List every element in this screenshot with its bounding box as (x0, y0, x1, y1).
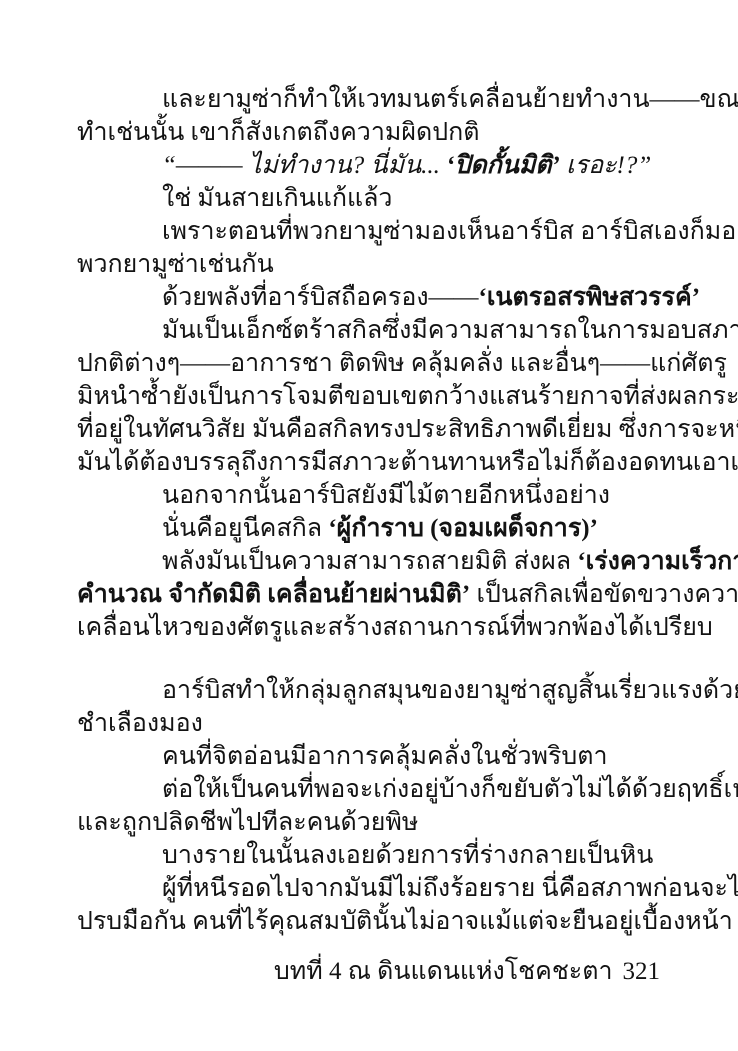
book-page: และยามูซ่าก็ทำให้เวทมนตร์เคลื่อนย้ายทำงา… (0, 0, 738, 1051)
text-line: มิหนำซ้ำยังเป็นการโจมตีขอบเขตกว้างแสนร้า… (77, 380, 660, 413)
narration-text: นั่นคือยูนีคสกิล (162, 515, 328, 542)
text-line: อาร์บิสทำให้กลุ่มลูกสมุนของยามูซ่าสูญสิ้… (77, 674, 660, 707)
text-line: ต่อให้เป็นคนที่พอจะเก่งอยู่บ้างก็ขยับตัว… (77, 773, 660, 806)
skill-name-bold: ‘ผู้กำราบ (จอมเผด็จการ)’ (328, 515, 598, 542)
skill-name-bold: คำนวณ จำกัดมิติ เคลื่อนย้ายผ่านมิติ’ (77, 581, 470, 608)
text-line: พลังมันเป็นความสามารถสายมิติ ส่งผล ‘เร่ง… (77, 545, 660, 578)
text-line: ทำเช่นนั้น เขาก็สังเกตถึงความผิดปกติ (77, 116, 660, 149)
dialogue-text: เรอะ!?” (560, 152, 651, 179)
dialogue-text: “——— ไม่ทำงาน? นี่มัน... (162, 152, 446, 179)
text-line: บางรายในนั้นลงเอยด้วยการที่ร่างกลายเป็นห… (77, 839, 660, 872)
page-number: 321 (613, 958, 661, 985)
skill-name-bold: ‘เนตรอสรพิษสวรรค์’ (479, 284, 700, 311)
text-line: เคลื่อนไหวของศัตรูและสร้างสถานการณ์ที่พว… (77, 611, 660, 644)
text-line: ปรบมือกัน คนที่ไร้คุณสมบัตินั้นไม่อาจแม้… (77, 905, 660, 938)
skill-name-bold: ‘เร่งความเร็วการคิด (577, 548, 738, 575)
text-line: ชำเลืองมอง (77, 707, 660, 740)
narration-text: เป็นสกิลเพื่อขัดขวางความ (470, 581, 738, 608)
text-line: มันเป็นเอ็กซ์ตร้าสกิลซึ่งมีความสามารถในก… (77, 314, 660, 347)
skill-name-bold: ‘ปิดกั้นมิติ’ (446, 152, 560, 179)
text-line: นอกจากนั้นอาร์บิสยังมีไม้ตายอีกหนึ่งอย่า… (77, 479, 660, 512)
text-line: และยามูซ่าก็ทำให้เวทมนตร์เคลื่อนย้ายทำงา… (77, 83, 660, 116)
narration-text: พลังมันเป็นความสามารถสายมิติ ส่งผล (162, 548, 577, 575)
text-line: ผู้ที่หนีรอดไปจากมันมีไม่ถึงร้อยราย นี่ค… (77, 872, 660, 905)
text-line: คนที่จิตอ่อนมีอาการคลุ้มคลั่งในชั่วพริบต… (77, 740, 660, 773)
text-line: ปกติต่างๆ——อาการชา ติดพิษ คลุ้มคลั่ง และ… (77, 347, 660, 380)
text-line: และถูกปลิดชีพไปทีละคนด้วยพิษ (77, 806, 660, 839)
text-line: คำนวณ จำกัดมิติ เคลื่อนย้ายผ่านมิติ’ เป็… (77, 578, 660, 611)
text-line: ที่อยู่ในทัศนวิสัย มันคือสกิลทรงประสิทธิ… (77, 413, 660, 446)
narration-text: ด้วยพลังที่อาร์บิสถือครอง—— (162, 284, 479, 311)
text-line: เพราะตอนที่พวกยามูซ่ามองเห็นอาร์บิส อาร์… (77, 215, 660, 248)
section-break (77, 644, 660, 674)
text-line: ด้วยพลังที่อาร์บิสถือครอง——‘เนตรอสรพิษสว… (77, 281, 660, 314)
text-line: นั่นคือยูนีคสกิล ‘ผู้กำราบ (จอมเผด็จการ)… (77, 512, 660, 545)
chapter-title: บทที่ 4 ณ ดินแดนแห่งโชคชะตา (274, 958, 613, 985)
text-line: มันได้ต้องบรรลุถึงการมีสภาวะต้านทานหรือไ… (77, 446, 660, 479)
page-footer: บทที่ 4 ณ ดินแดนแห่งโชคชะตา321 (77, 955, 660, 988)
text-line: พวกยามูซ่าเช่นกัน (77, 248, 660, 281)
dialogue-line: “——— ไม่ทำงาน? นี่มัน... ‘ปิดกั้นมิติ’ เ… (77, 149, 660, 182)
text-line: ใช่ มันสายเกินแก้แล้ว (77, 182, 660, 215)
